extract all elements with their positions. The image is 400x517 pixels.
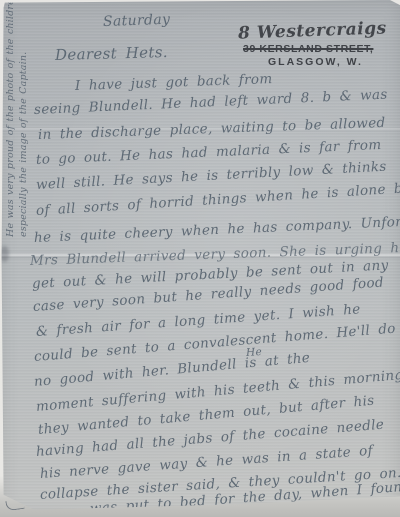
paper-sheet: 8 Westercraigs 39 KERSLAND STREET, GLASG…	[0, 0, 400, 517]
letterhead-old-address-strikethrough: 39 KERSLAND STREET,	[243, 43, 373, 55]
body-line: I have just got back from	[75, 71, 273, 94]
margin-note-line: He was very proud of the photo of the ch…	[5, 21, 18, 237]
inserted-word: He	[246, 346, 263, 359]
date-line: Saturday	[103, 12, 171, 30]
corner-pencil-mark	[5, 499, 24, 511]
salutation: Dearest Hets.	[55, 43, 168, 64]
body-line: he is quite cheery when he has company. …	[34, 211, 400, 246]
margin-note-line: especially the image of the Captain.	[18, 21, 31, 237]
letterhead-new-address: 8 Westercraigs	[238, 18, 387, 43]
scanned-letter-page: { "letterhead": { "handwritten_address":…	[0, 0, 400, 517]
edge-smudge	[0, 246, 9, 262]
margin-note: He was very proud of the photo of the ch…	[5, 21, 30, 237]
letterhead-city: GLASGOW, W.	[268, 56, 363, 68]
